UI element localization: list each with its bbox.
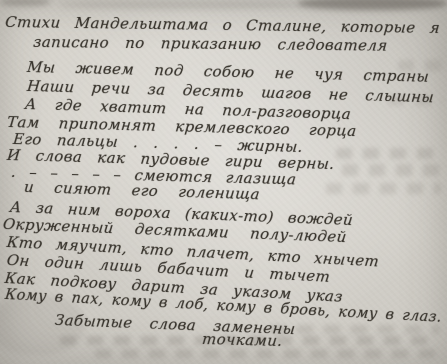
- bleed-through-smudge: [60, 1, 300, 9]
- print-bleed-line: [95, 349, 435, 358]
- manuscript-note-line: точками.: [201, 330, 283, 350]
- print-bleed-line: [336, 148, 441, 159]
- manuscript-photo: Стихи Мандельштама о Сталине, которые я …: [0, 0, 447, 364]
- bleed-through-smudge: [298, 0, 447, 10]
- manuscript-caption-line: записано по приказанию следователя: [33, 33, 389, 55]
- print-bleed-line: [326, 183, 441, 194]
- bleed-through-smudge: [0, 0, 50, 6]
- print-bleed-line: [342, 164, 442, 176]
